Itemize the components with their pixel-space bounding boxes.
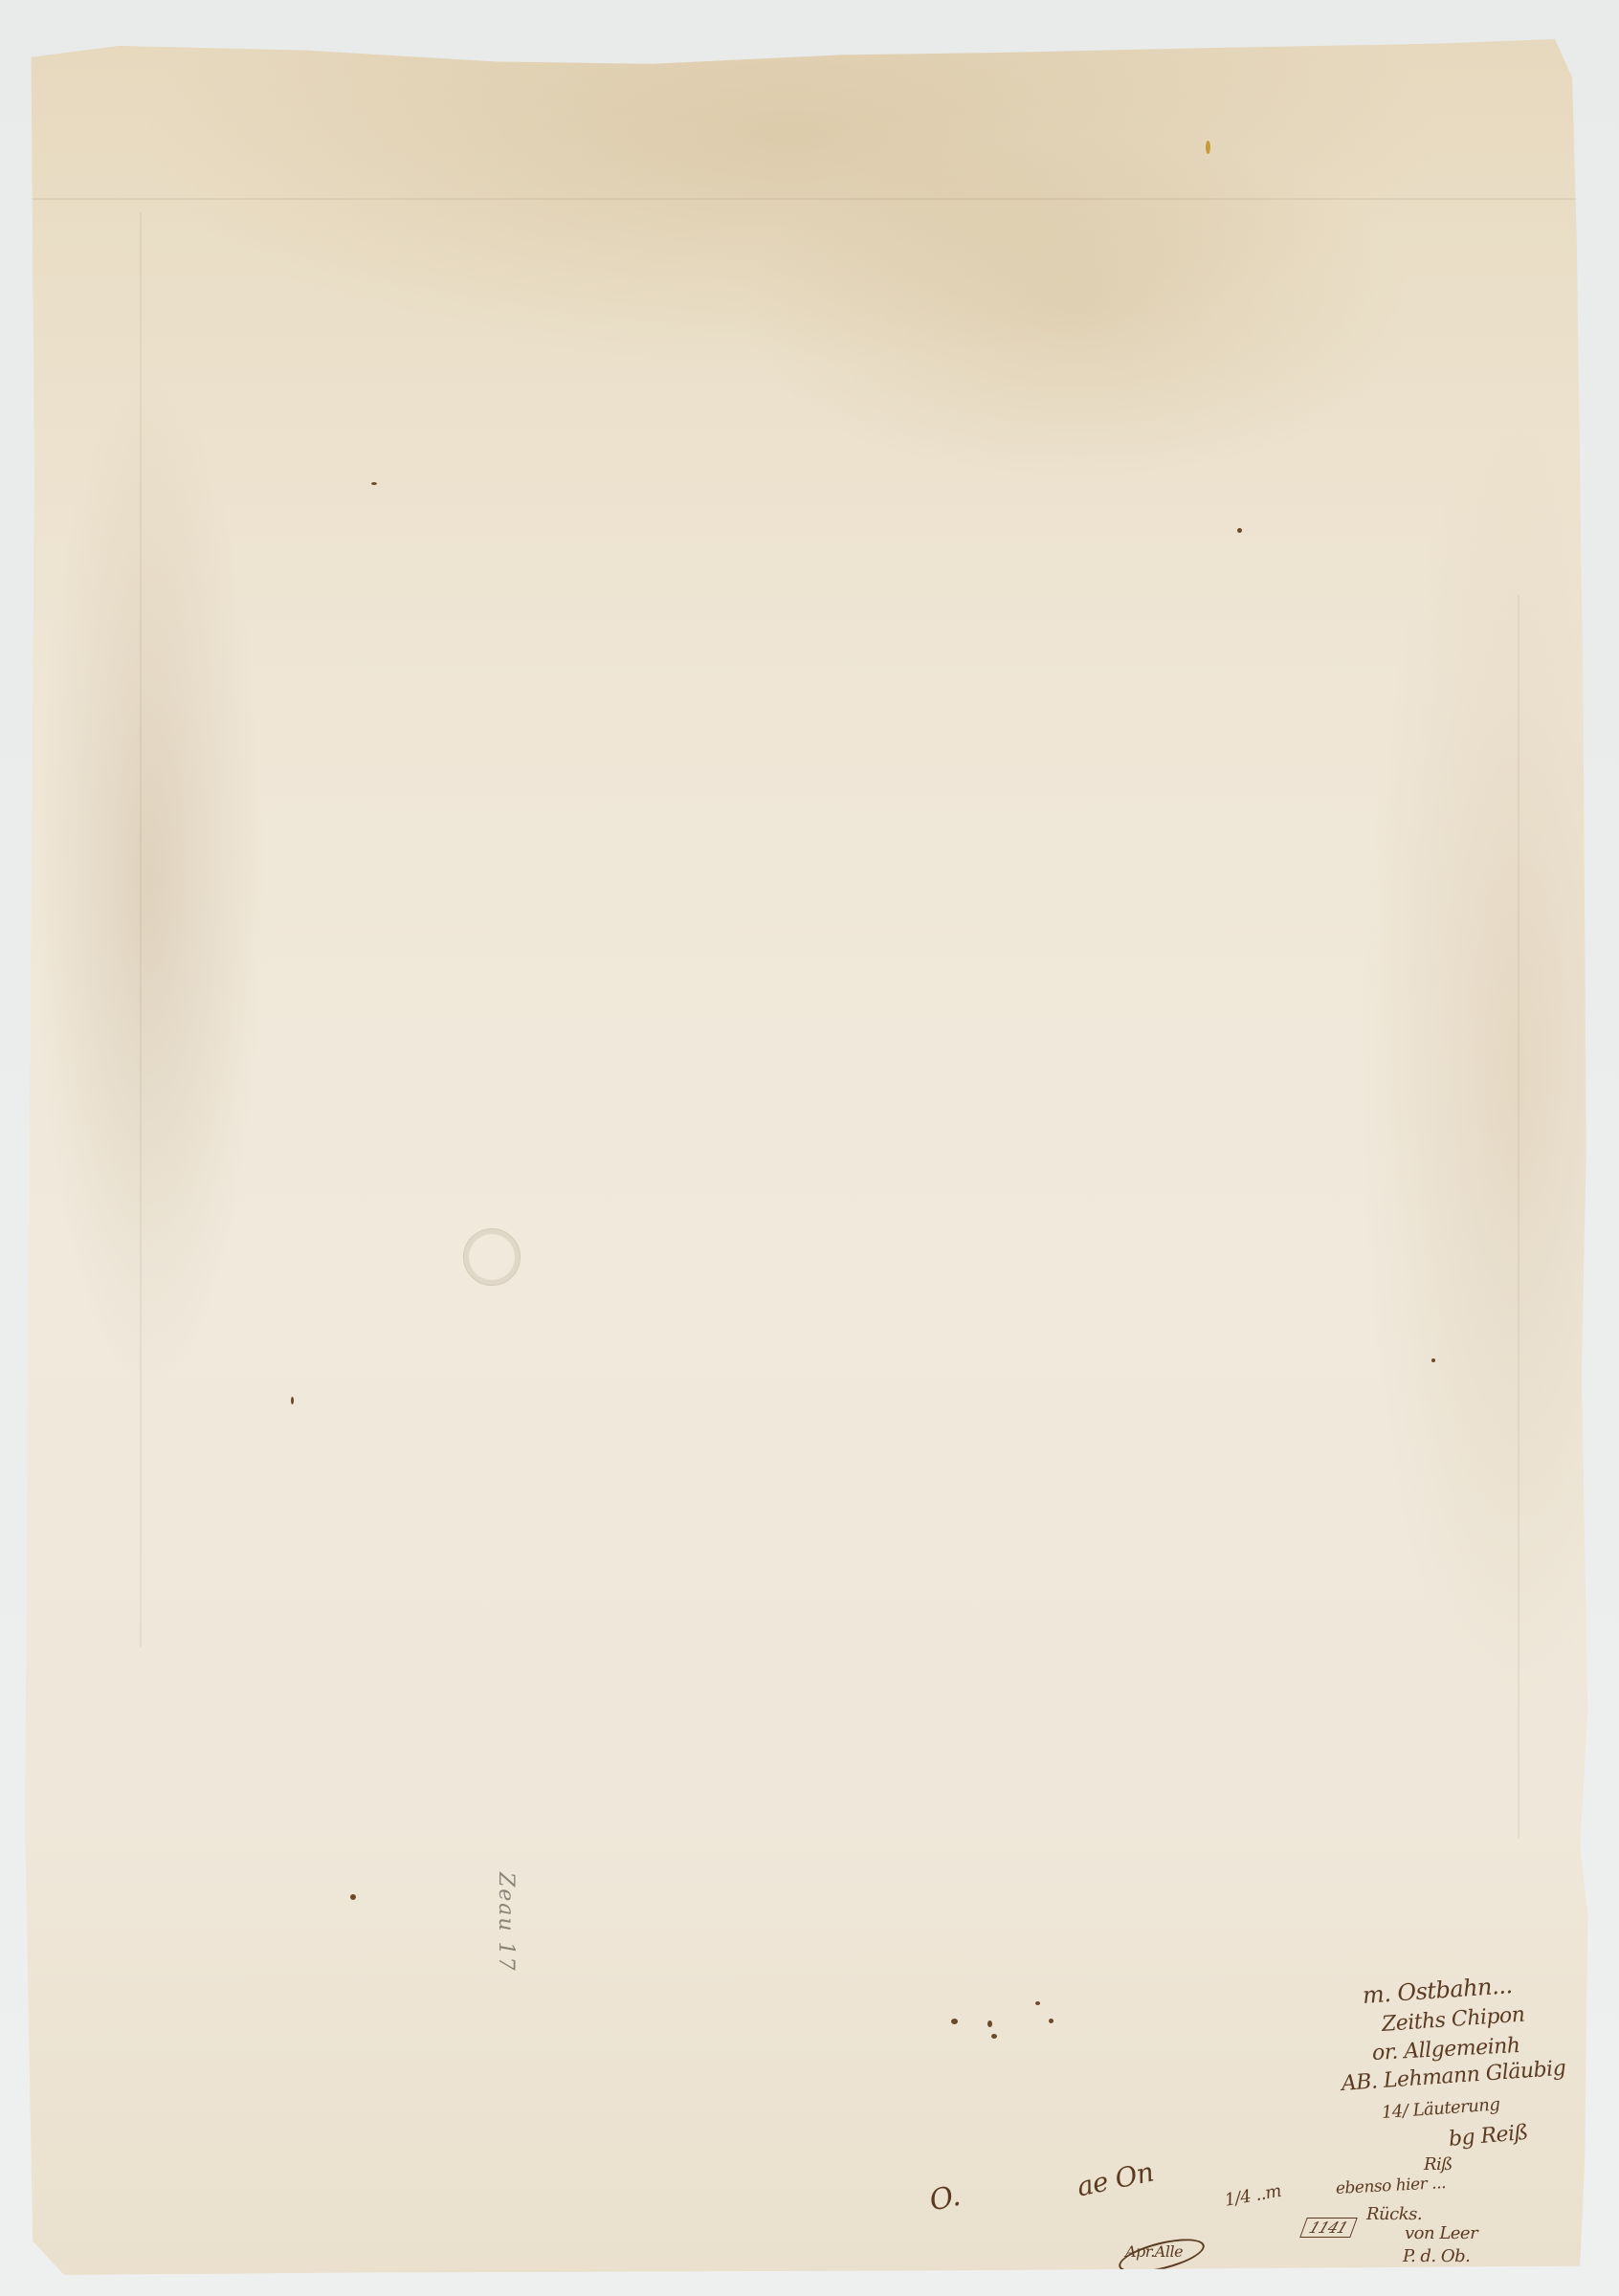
watermark-circle	[463, 1228, 521, 1286]
ink-speck	[951, 2019, 958, 2024]
fold-line	[140, 212, 142, 1647]
endorsement-line: 14/ Läuterung	[1381, 2094, 1500, 2123]
endorsement-line: P. d. Ob.	[1403, 2246, 1470, 2266]
endorsement-line: ebenso hier ...	[1335, 2174, 1446, 2198]
initial-mark: ae On	[1075, 2156, 1157, 2203]
ink-speck	[350, 1894, 356, 1900]
signature: Apr.Alle	[1125, 2242, 1183, 2261]
ink-speck	[1049, 2019, 1053, 2023]
ink-speck	[1237, 528, 1242, 533]
ink-speck	[1431, 1358, 1435, 1362]
ink-speck	[291, 1397, 294, 1404]
fold-line	[1518, 595, 1519, 1839]
paper-sheet: Zeau 17 m. Ostbahn... Zeiths Chipon or. …	[25, 21, 1594, 2275]
endorsement-line: Riß	[1424, 2154, 1453, 2175]
endorsement-line: Rücks.	[1366, 2204, 1422, 2224]
ink-speck	[987, 2020, 992, 2027]
endorsement-line: Zeiths Chipon	[1381, 2003, 1525, 2037]
endorsement-line: m. Ostbahn...	[1362, 1972, 1513, 2009]
fold-line	[25, 198, 1594, 200]
ink-speck	[1035, 2001, 1040, 2005]
ink-speck	[1206, 141, 1210, 154]
pencil-note: Zeau 17	[494, 1872, 518, 1973]
fraction-mark: 1/4 ..m	[1223, 2181, 1282, 2211]
ink-speck	[371, 482, 377, 485]
endorsement-line: von Leer	[1405, 2223, 1477, 2243]
boxed-number: 1141	[1299, 2218, 1357, 2238]
scan-background: Zeau 17 m. Ostbahn... Zeiths Chipon or. …	[0, 0, 1619, 2296]
endorsement-line: bg Reiß	[1448, 2121, 1529, 2152]
ink-speck	[991, 2034, 997, 2039]
initial-mark: O.	[926, 2179, 963, 2219]
